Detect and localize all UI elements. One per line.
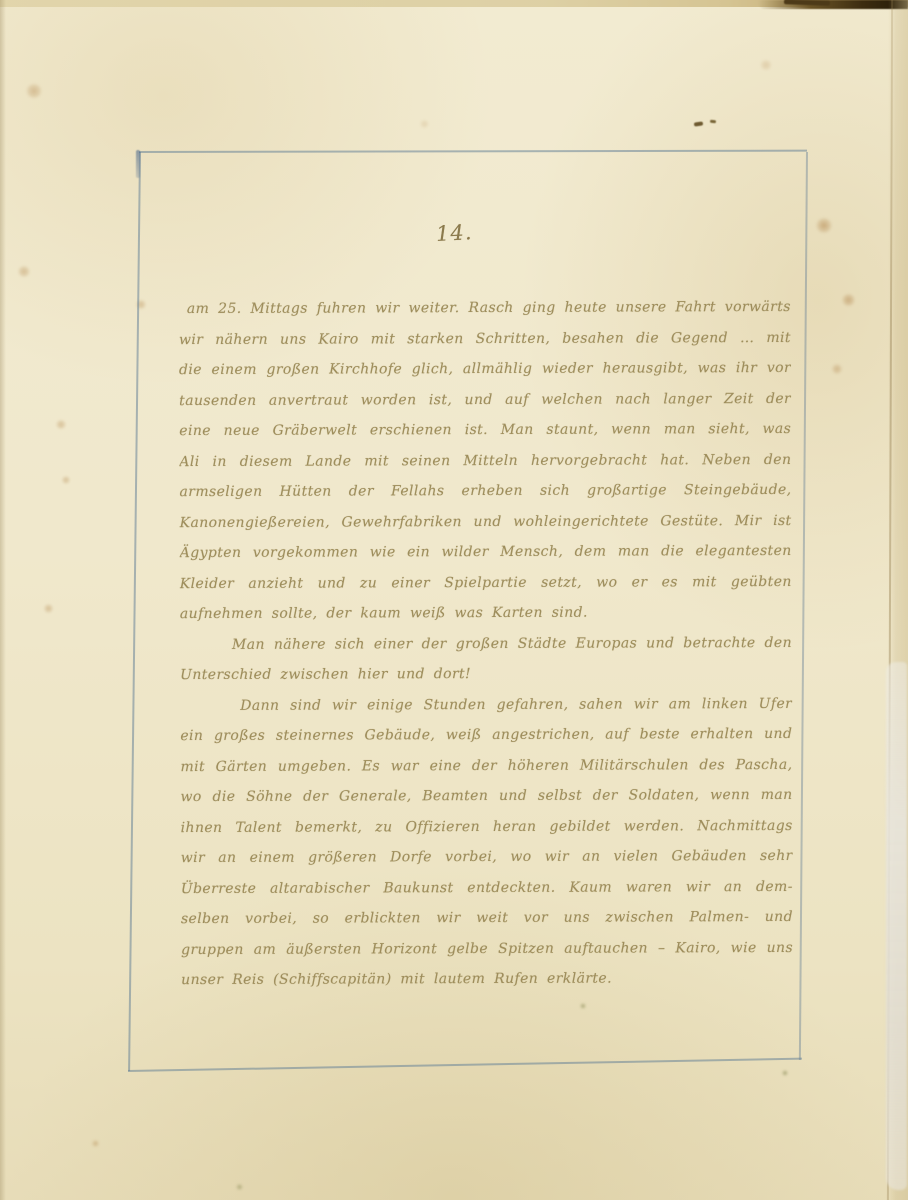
- manuscript-line: Ali in diesem Lande mit seinen Mitteln h…: [179, 444, 791, 477]
- manuscript-line: gruppen am äußersten Horizont gelbe Spit…: [181, 932, 793, 965]
- manuscript-line: Kleider anzieht und zu einer Spielpartie…: [180, 566, 792, 599]
- manuscript-line: wir nähern uns Kairo mit starken Schritt…: [179, 322, 791, 355]
- ink-smudge: [694, 121, 703, 126]
- foxing-spot: [56, 420, 66, 429]
- ruled-frame-right: [799, 152, 808, 1060]
- foxing-spot: [236, 1184, 243, 1190]
- manuscript-line: ihnen Talent bemerkt, zu Offizieren hera…: [181, 810, 793, 843]
- foxing-spot: [842, 294, 855, 306]
- foxing-spot: [816, 218, 832, 233]
- manuscript-line: Ägypten vorgekommen wie ein wilder Mensc…: [180, 536, 792, 569]
- foxing-spot: [782, 1070, 788, 1076]
- manuscript-line: Überreste altarabischer Baukunst entdeck…: [181, 871, 793, 904]
- manuscript-line: Kanonengießereien, Gewehrfabriken und wo…: [180, 505, 792, 538]
- manuscript-line: tausenden anvertraut worden ist, und auf…: [179, 383, 791, 416]
- manuscript-line: wo die Söhne der Generale, Beamten und s…: [180, 780, 792, 813]
- manuscript-page-scan: 14. am 25. Mittags fuhren wir weiter. Ra…: [0, 0, 908, 1200]
- manuscript-line: Man nähere sich einer der großen Städte …: [180, 627, 792, 660]
- ruled-frame-top: [139, 150, 807, 153]
- foxing-spot: [832, 364, 842, 374]
- foxing-spot: [44, 604, 53, 613]
- manuscript-line: mit Gärten umgeben. Es war eine der höhe…: [180, 749, 792, 782]
- manuscript-line: aufnehmen sollte, der kaum weiß was Kart…: [180, 597, 792, 630]
- manuscript-line: am 25. Mittags fuhren wir weiter. Rasch …: [179, 292, 791, 325]
- ruled-frame-left: [128, 152, 141, 1071]
- foxing-spot: [62, 476, 70, 484]
- manuscript-line: unser Reis (Schiffscapitän) mit lautem R…: [181, 963, 793, 996]
- foxing-spot: [26, 84, 42, 98]
- foxing-spot: [92, 1140, 99, 1147]
- manuscript-line: selben vorbei, so erblickten wir weit vo…: [181, 902, 793, 935]
- foxing-spot: [420, 120, 429, 128]
- manuscript-line: wir an einem größeren Dorfe vorbei, wo w…: [181, 841, 793, 874]
- page-left-edge: [0, 0, 6, 1200]
- manuscript-line: ein großes steinernes Gebäude, weiß ange…: [180, 719, 792, 752]
- foxing-spot: [18, 266, 30, 277]
- manuscript-text-block: am 25. Mittags fuhren wir weiter. Rasch …: [179, 292, 793, 996]
- ruled-frame-corner-ink-blob: [136, 150, 140, 178]
- manuscript-line: Dann sind wir einige Stunden gefahren, s…: [180, 688, 792, 721]
- ruled-frame-bottom: [128, 1058, 802, 1072]
- torn-paper-strip: [886, 662, 907, 1190]
- manuscript-line: Unterschied zwischen hier und dort!: [180, 658, 792, 691]
- manuscript-line: armseligen Hütten der Fellahs erheben si…: [179, 475, 791, 508]
- manuscript-line: die einem großen Kirchhofe glich, allmäh…: [179, 353, 791, 386]
- foxing-spot: [760, 60, 772, 70]
- manuscript-line: eine neue Gräberwelt erschienen ist. Man…: [179, 414, 791, 447]
- binding-shadow: [758, 0, 908, 9]
- foxing-spot: [580, 1003, 586, 1009]
- page-number: 14.: [435, 220, 473, 246]
- ink-smudge: [710, 120, 716, 124]
